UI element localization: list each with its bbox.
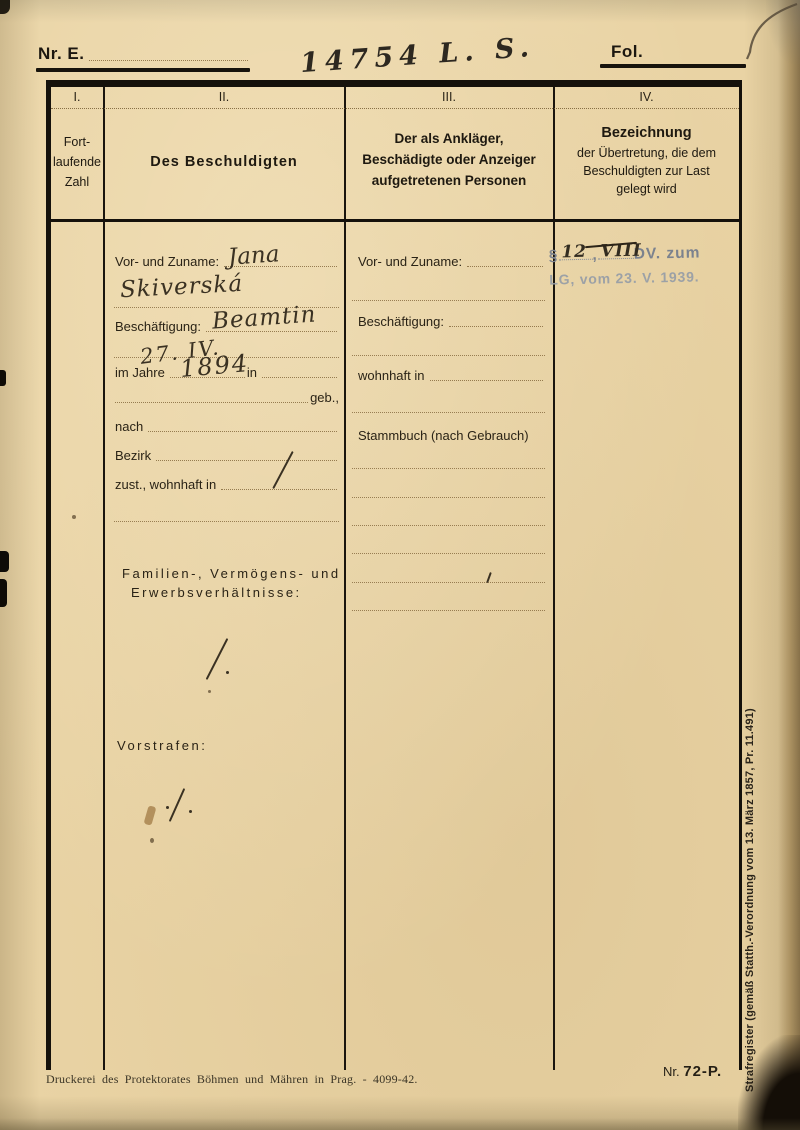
stamp-line1: § 12 , VIII DV. zum <box>549 241 701 265</box>
dotted-line <box>352 553 545 554</box>
accused-nach-dotted <box>148 431 337 432</box>
accused-year-row: im Jahre in <box>115 361 339 381</box>
paper-speck <box>72 515 76 519</box>
accused-in-dotted <box>262 377 337 378</box>
paper-speck <box>208 690 211 693</box>
scan-edge-mark <box>0 579 7 607</box>
scan-bottom-edge <box>0 1118 800 1130</box>
accused-born-dotted <box>115 402 308 403</box>
col4-title: Bezeichnung der Übertretung, die dem Bes… <box>554 124 739 198</box>
dotted-line <box>352 582 545 583</box>
accused-born-label: geb., <box>310 390 339 406</box>
scan-edge-mark <box>0 370 6 386</box>
dotted-line <box>352 300 545 301</box>
col4-title-line2: der Übertretung, die dem <box>554 144 739 162</box>
col1-title: Fort- laufende Zahl <box>51 132 103 192</box>
accused-year-label: im Jahre <box>115 365 165 381</box>
accused-district-dotted <box>156 460 337 461</box>
accused-born-row: geb., <box>115 386 339 406</box>
dotted-line <box>352 525 545 526</box>
header-body-rule <box>51 219 739 222</box>
priors-label: Vorstrafen: <box>117 738 207 753</box>
accused-nach-row: nach <box>115 415 339 435</box>
col4-numeral: IV. <box>554 90 739 104</box>
column-divider-2 <box>344 87 346 1070</box>
claimant-name-label: Vor- und Zuname: <box>358 254 462 270</box>
accused-in-label: in <box>247 365 257 381</box>
claimant-occupation-label: Beschäftigung: <box>358 314 444 330</box>
nr-e-underline <box>36 68 250 72</box>
col1-title-line1: Fort- <box>51 132 103 152</box>
claimant-name-row: Vor- und Zuname: <box>358 250 545 270</box>
col3-numeral: III. <box>345 90 553 104</box>
nr-e-label: Nr. E. <box>38 44 84 64</box>
paper-speck <box>150 838 154 843</box>
accused-year-dotted <box>170 377 245 378</box>
form-number: Nr. 72-P. <box>663 1063 722 1080</box>
torn-right-edge <box>778 0 800 1130</box>
col3-title-line3: aufgetretenen Personen <box>345 170 553 191</box>
column-divider-1 <box>103 87 105 1070</box>
col3-title: Der als Ankläger, Beschädigte oder Anzei… <box>345 128 553 191</box>
col3-title-line1: Der als Ankläger, <box>345 128 553 149</box>
dotted-line <box>114 357 339 358</box>
dotted-line <box>352 497 545 498</box>
nr-e-dotted-line <box>89 60 248 61</box>
stamp-paragraph-number-handwriting: 12 <box>561 242 587 263</box>
dotted-line <box>114 307 339 308</box>
scan-corner-dark-blob <box>738 1035 800 1130</box>
col3-title-line2: Beschädigte oder Anzeiger <box>345 149 553 170</box>
accused-occupation-row: Beschäftigung: <box>115 315 339 335</box>
scan-corner-mark <box>0 0 10 14</box>
accused-name-dotted <box>224 266 337 267</box>
case-number-handwritten: 14754 L. S. <box>299 32 536 79</box>
dotted-line <box>114 521 339 522</box>
form-number-label: Nr. <box>663 1064 680 1079</box>
scan-edge-mark <box>0 551 9 572</box>
family-circumstances-label-line1: Familien-, Vermögens- und <box>122 566 341 581</box>
claimant-name-dotted <box>467 266 543 267</box>
col1-title-line2: laufende <box>51 152 103 172</box>
column-divider-3 <box>553 87 555 1070</box>
claimant-stammbuch-label: Stammbuch (nach Gebrauch) <box>358 428 529 443</box>
offense-stamp: § 12 , VIII DV. zum LG, vom 23. V. 1939. <box>549 241 702 287</box>
priors-entry-dot-left <box>166 806 169 809</box>
dotted-line <box>352 355 545 356</box>
fol-label: Fol. <box>611 42 643 62</box>
accused-occupation-dotted <box>206 331 337 332</box>
col4-title-line3: Beschuldigten zur Last <box>554 162 739 180</box>
accused-resident-row: zust., wohnhaft in <box>115 473 339 493</box>
stamp-line2: LG, vom 23. V. 1939. <box>549 268 701 287</box>
accused-name-row: Vor- und Zuname: <box>115 250 339 270</box>
accused-resident-dotted <box>221 489 337 490</box>
claimant-occupation-dotted <box>449 326 543 327</box>
accused-district-row: Bezirk <box>115 444 339 464</box>
stamp-paragraph-sign: § <box>549 247 559 265</box>
family-entry-dot <box>226 671 229 674</box>
accused-occupation-label: Beschäftigung: <box>115 319 201 335</box>
form-number-value: 72-P. <box>683 1063 722 1080</box>
col4-title-bold: Bezeichnung <box>554 124 739 142</box>
nr-e-field: Nr. E. <box>38 44 250 64</box>
dotted-line <box>352 412 545 413</box>
col1-title-line3: Zahl <box>51 172 103 192</box>
numeral-row-rule <box>51 108 739 109</box>
col2-title: Des Beschuldigten <box>104 152 344 172</box>
strafregister-form-page: Nr. E. 14754 L. S. Fol. I. II. III. IV. … <box>0 0 800 1130</box>
fol-underline <box>600 64 746 68</box>
dotted-line <box>352 610 545 611</box>
printer-imprint: Druckerei des Protektorates Böhmen und M… <box>46 1072 418 1087</box>
pen-squiggle-mark <box>735 0 800 64</box>
claimant-occupation-row: Beschäftigung: <box>358 310 545 330</box>
accused-name-label: Vor- und Zuname: <box>115 254 219 270</box>
dotted-line <box>352 468 545 469</box>
col1-numeral: I. <box>51 90 103 104</box>
accused-district-label: Bezirk <box>115 448 151 464</box>
accused-nach-label: nach <box>115 419 143 435</box>
accused-resident-label: zust., wohnhaft in <box>115 477 216 493</box>
claimant-residence-label: wohnhaft in <box>358 368 425 384</box>
claimant-residence-row: wohnhaft in <box>358 364 545 384</box>
family-circumstances-label-line2: Erwerbsverhältnisse: <box>131 585 302 600</box>
claimant-residence-dotted <box>430 380 544 381</box>
col2-numeral: II. <box>104 90 344 104</box>
stamp-line1-rest: DV. zum <box>634 244 701 263</box>
col4-title-line4: gelegt wird <box>554 180 739 198</box>
priors-entry-dot-right <box>189 810 192 813</box>
